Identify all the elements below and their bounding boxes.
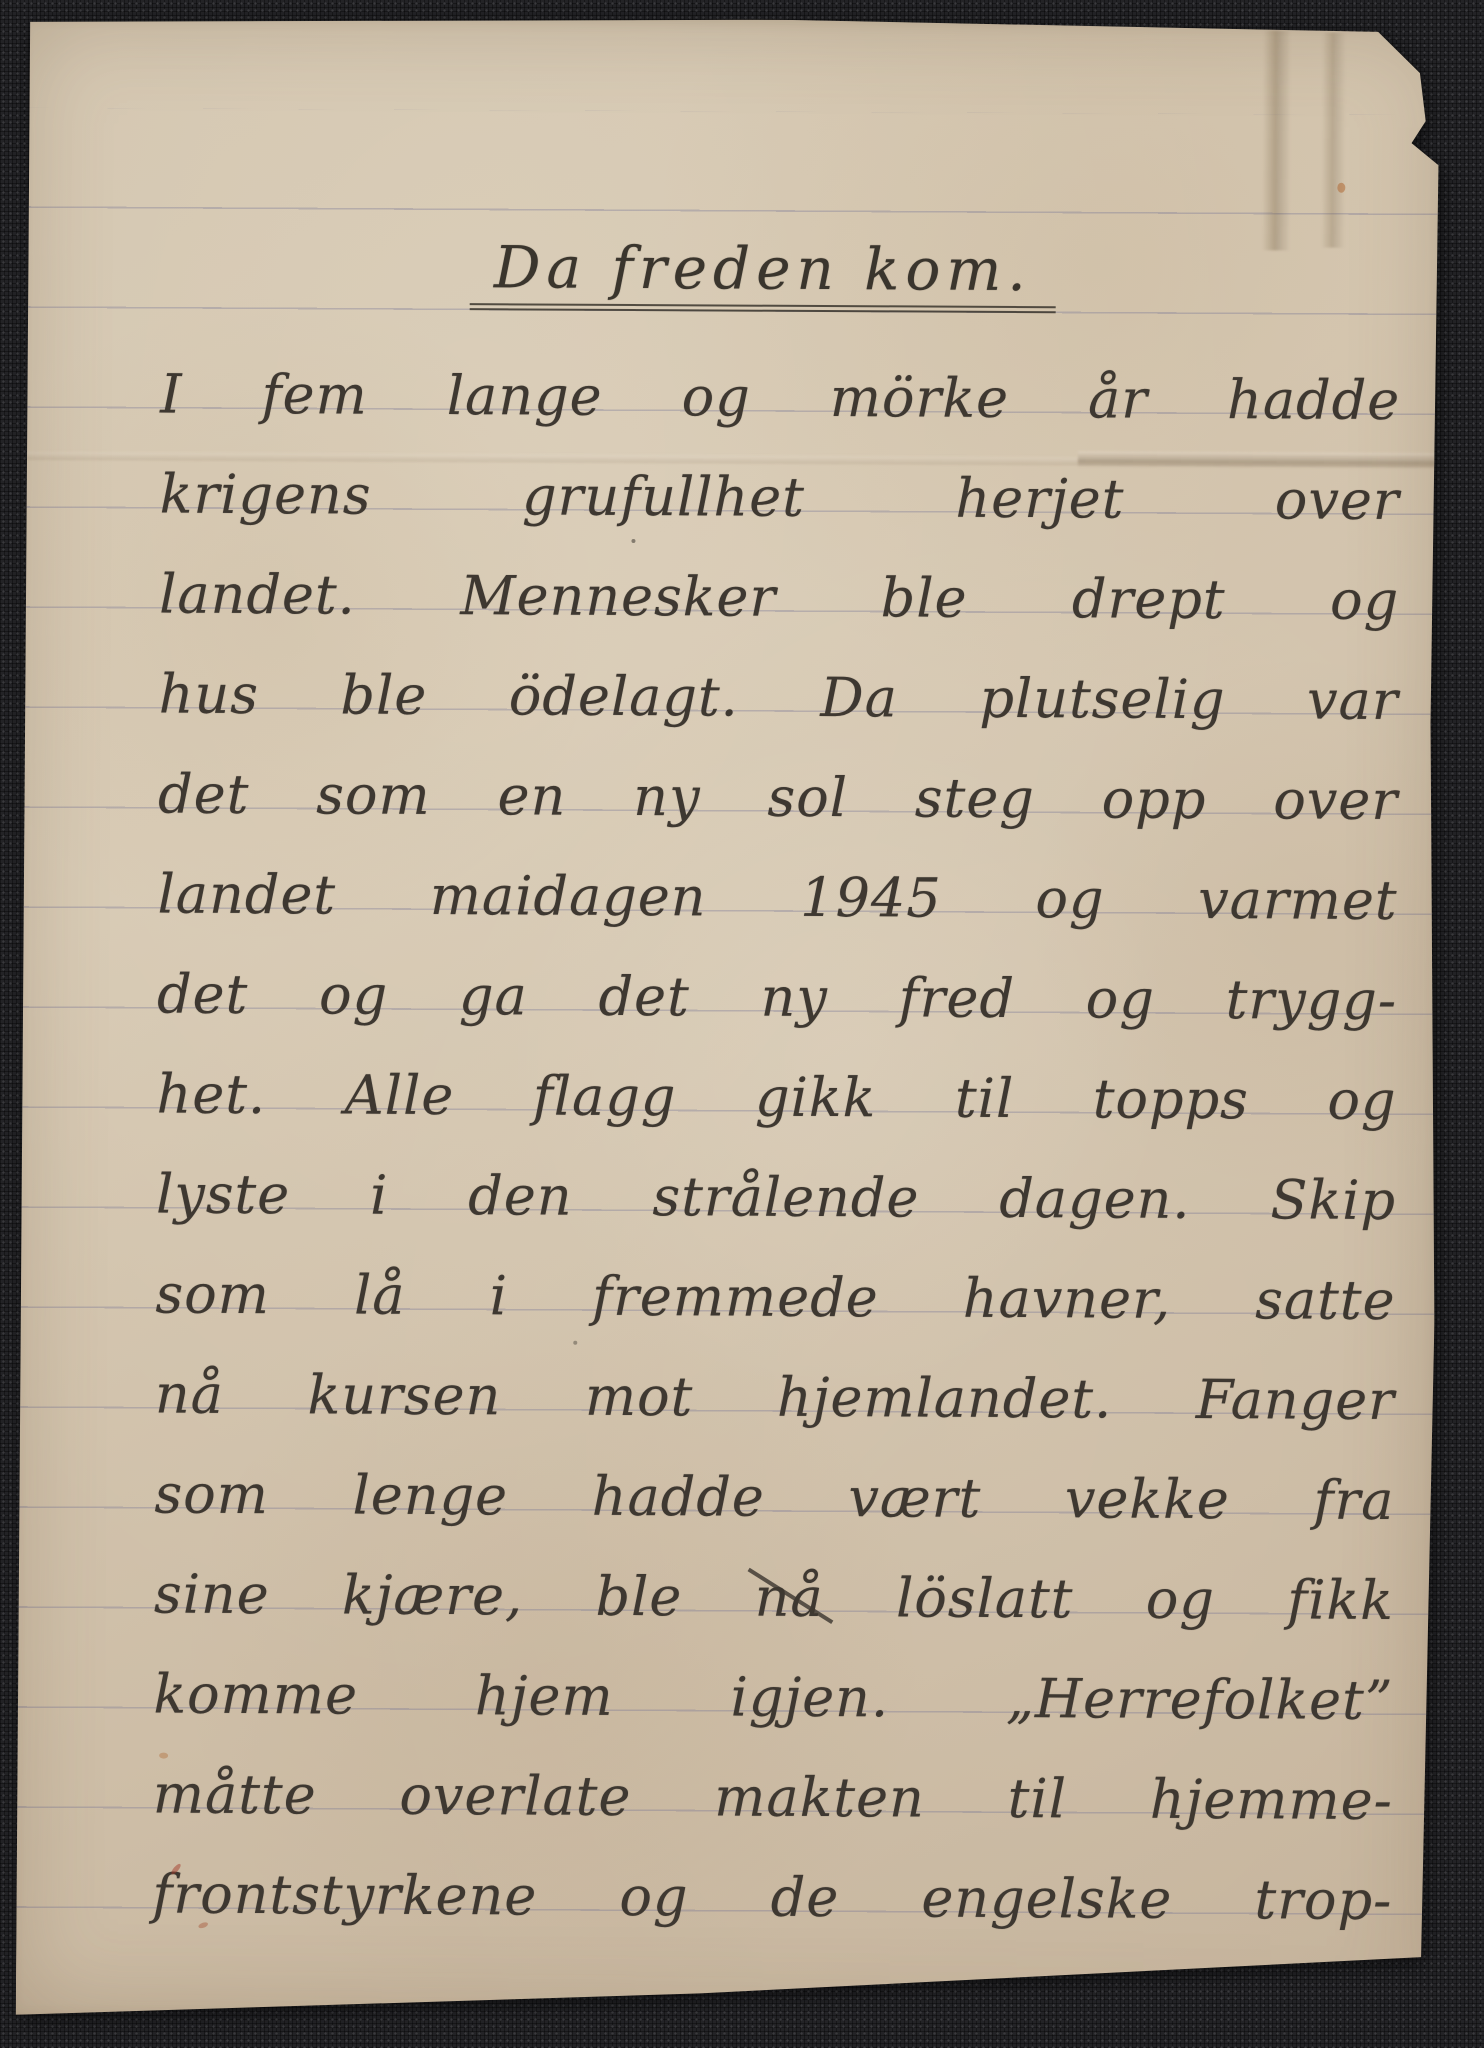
handwritten-line: landet. Mennesker ble drept og bbox=[159, 545, 1400, 651]
handwritten-line: krigens grufullhet herjet over bbox=[159, 445, 1400, 551]
manuscript-page-wrapper: Da freden kom. I fem lange og mörke år h… bbox=[0, 0, 1484, 2048]
line-segment: sine kjære, ble bbox=[154, 1563, 683, 1629]
fold-crease-vertical bbox=[1321, 33, 1346, 248]
essay-title-text: Da freden kom. bbox=[470, 233, 1056, 313]
handwritten-line: komme hjem igjen. „Herrefolket” bbox=[153, 1645, 1394, 1751]
handwritten-line: måtte overlate makten til hjemme- bbox=[153, 1745, 1394, 1851]
handwritten-line: det som en ny sol steg opp over bbox=[158, 745, 1399, 851]
handwritten-text-block: I fem lange og mörke år hadde krigens gr… bbox=[152, 345, 1400, 1951]
handwritten-line: landet maidagen 1945 og varmet bbox=[157, 845, 1398, 951]
manuscript-page: Da freden kom. I fem lange og mörke år h… bbox=[10, 16, 1444, 2025]
handwritten-line: hus ble ödelagt. Da plutselig var bbox=[158, 645, 1399, 751]
handwritten-line: I fem lange og mörke år hadde bbox=[160, 345, 1401, 451]
handwritten-line: nå kursen mot hjemlandet. Fanger bbox=[155, 1345, 1396, 1451]
handwritten-line: som lenge hadde vært vekke fra bbox=[154, 1445, 1395, 1551]
handwritten-line: het. Alle flagg gikk til topps og bbox=[156, 1045, 1397, 1151]
handwritten-line: lyste i den strålende dagen. Skip bbox=[156, 1145, 1397, 1251]
line-segment: löslatt og fikk bbox=[896, 1566, 1394, 1632]
handwritten-line-with-correction: sine kjære, ble nå löslatt og fikk bbox=[154, 1545, 1395, 1651]
handwritten-line: som lå i fremmede havner, satte bbox=[155, 1245, 1396, 1351]
handwritten-line: frontstyrkene og de engelske trop- bbox=[152, 1845, 1393, 1951]
essay-title: Da freden kom. bbox=[19, 231, 1444, 338]
fold-crease-vertical bbox=[1262, 30, 1291, 250]
struck-out-word: nå bbox=[754, 1548, 824, 1648]
paper-speck bbox=[1337, 183, 1345, 193]
handwritten-line: det og ga det ny fred og trygg- bbox=[157, 945, 1398, 1051]
